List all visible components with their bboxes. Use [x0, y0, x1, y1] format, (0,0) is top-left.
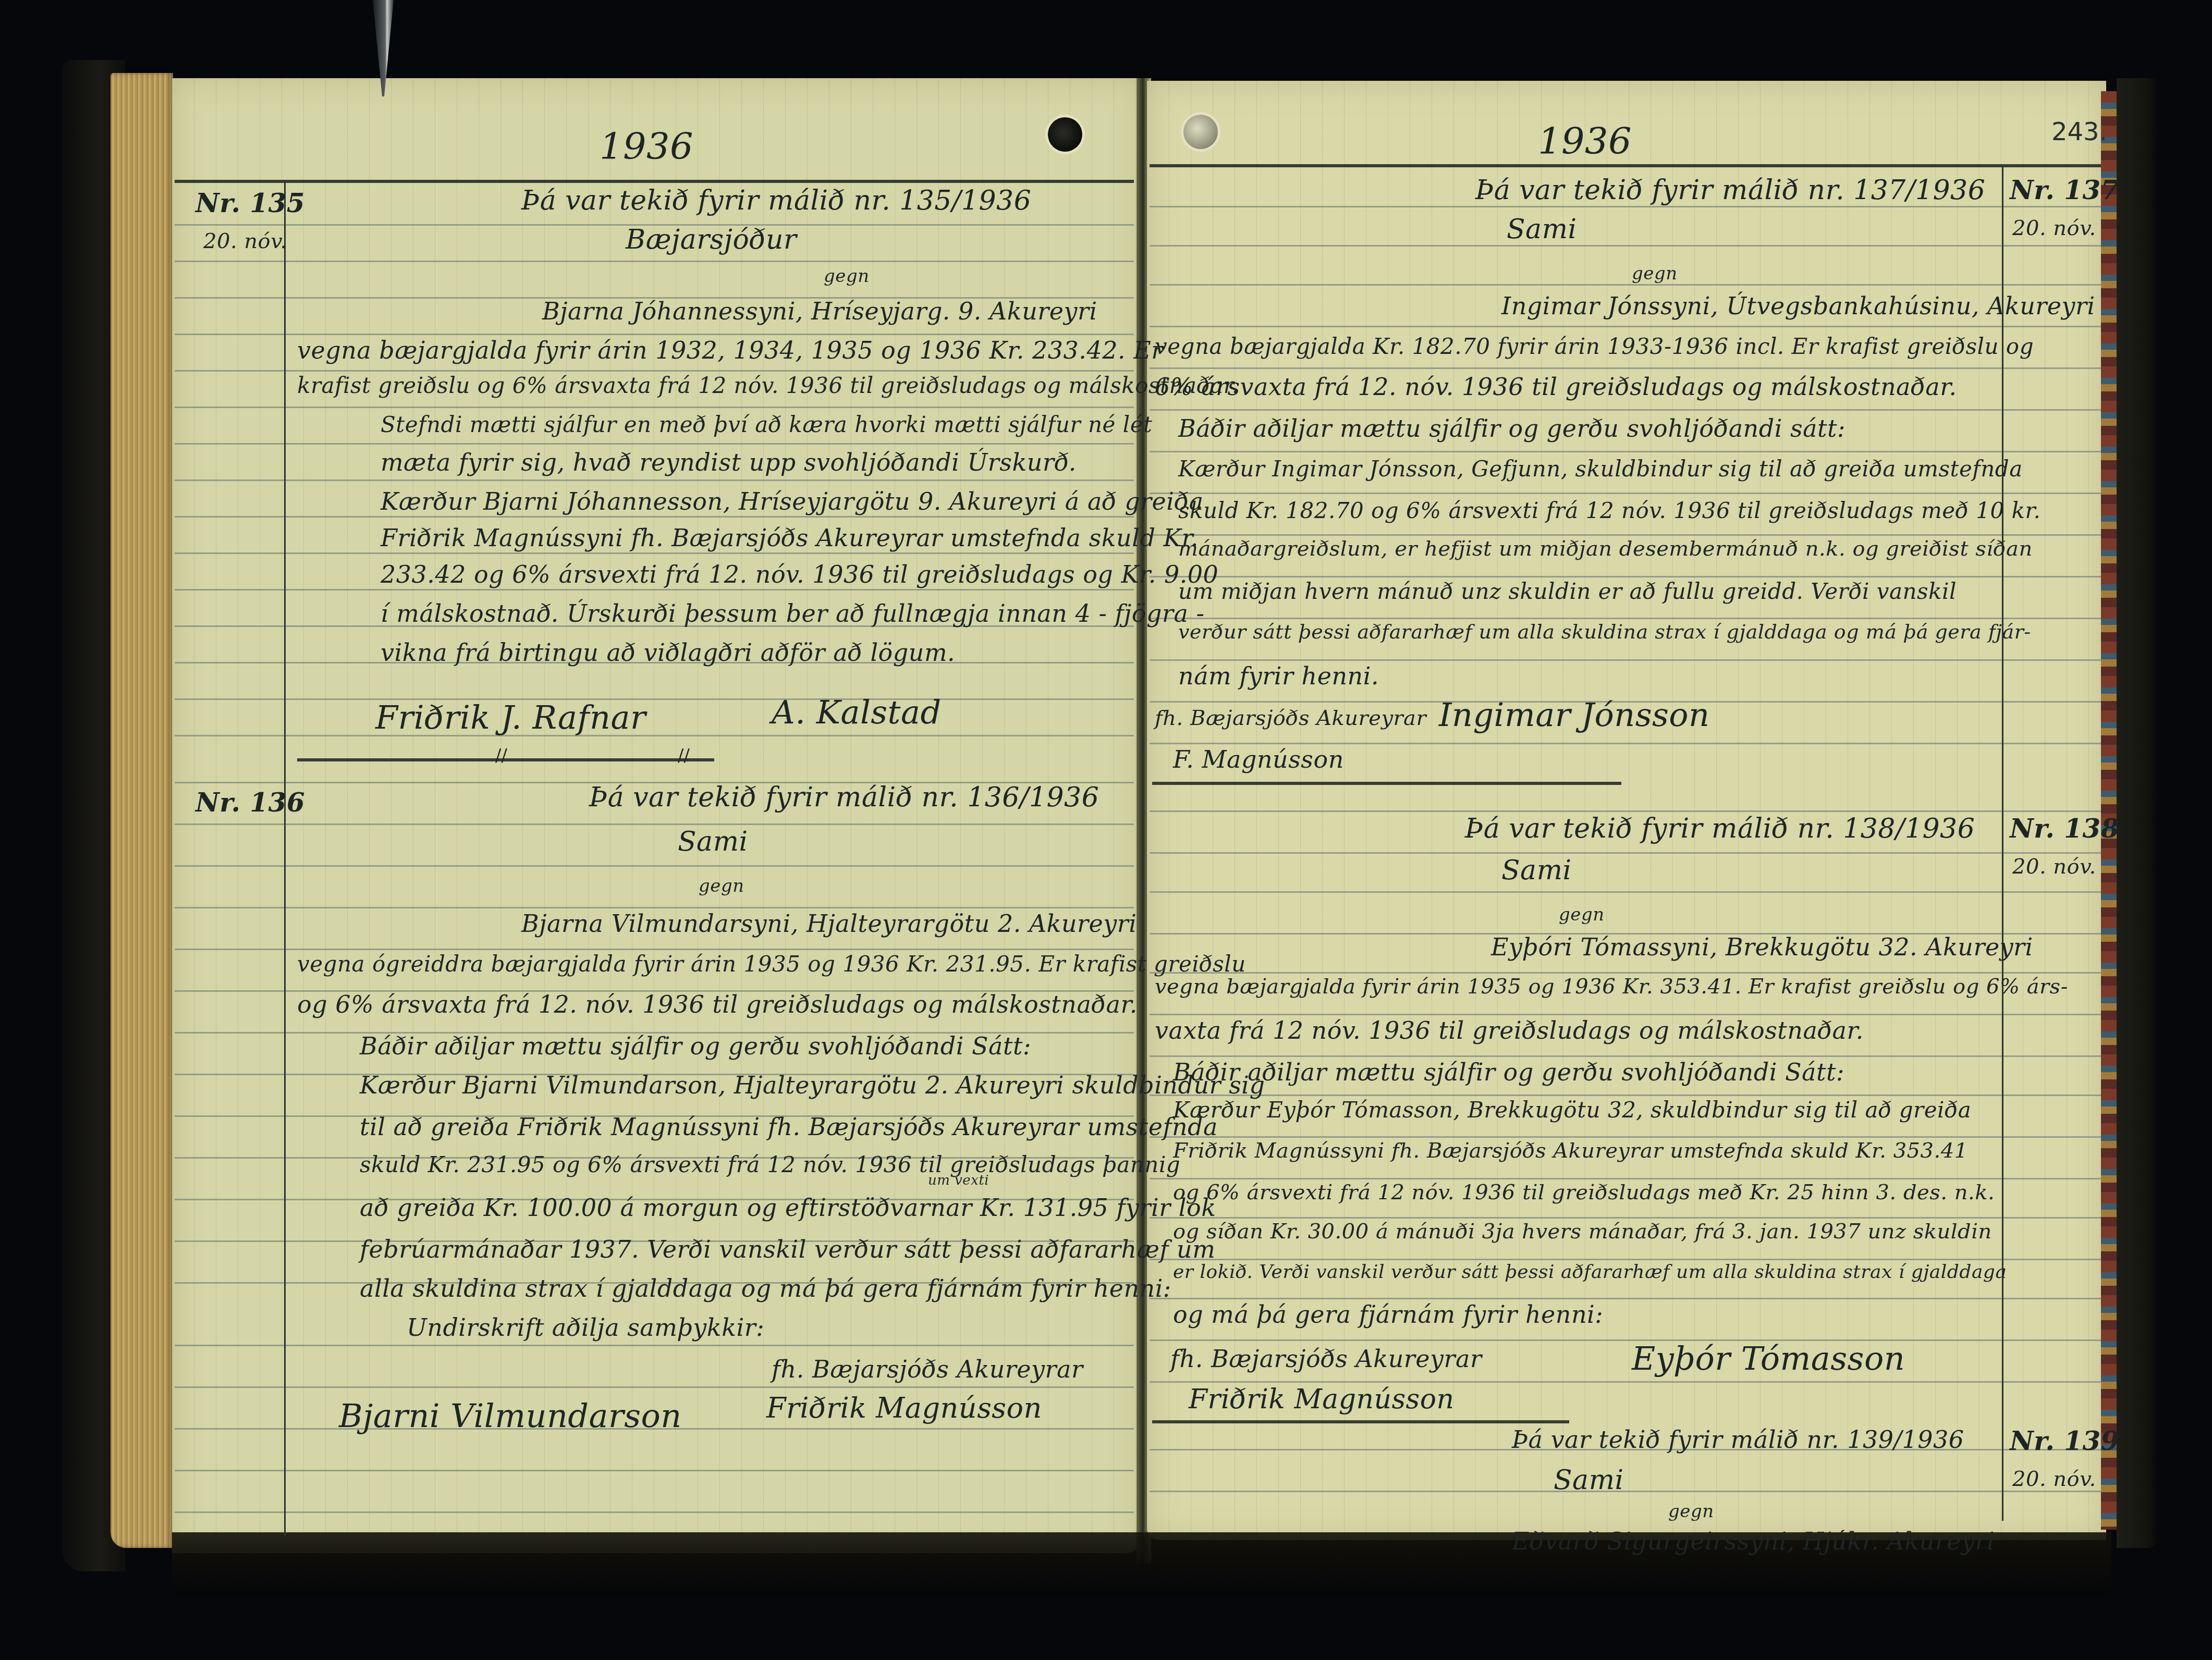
plaintiff: Sami — [1507, 214, 1577, 245]
signature: Friðrik Magnússon — [1189, 1384, 1455, 1415]
entry-date: 20. nóv. — [2012, 216, 2096, 240]
signature: Friðrik Magnússon — [766, 1392, 1042, 1424]
defendant-line: Eyþóri Tómassyni, Brekkugötu 32. Akureyr… — [1491, 933, 2033, 961]
body-line: 6% ársvaxta frá 12. nóv. 1936 til greiðs… — [1155, 373, 1957, 401]
header-rule-right — [1150, 164, 2101, 167]
defendant-line: Bjarna Jóhannessyni, Hríseyjarg. 9. Akur… — [542, 297, 1097, 325]
ruled-line — [1150, 1298, 2101, 1299]
body-line: vegna bæjargjalda Kr. 182.70 fyrir árin … — [1155, 334, 2034, 359]
plaintiff: Sami — [1501, 855, 1572, 886]
body-line: um miðjan hvern mánuð unz skuldin er að … — [1178, 579, 1957, 604]
body-line: Kærður Bjarni Vilmundarson, Hjalteyrargö… — [360, 1071, 1265, 1099]
ruled-line — [1150, 659, 2101, 661]
body-line: Kærður Bjarni Jóhannesson, Hríseyjargötu… — [381, 487, 1204, 515]
ruled-line — [175, 370, 1134, 372]
entry-separator — [1152, 1420, 1569, 1423]
body-line: vikna frá birtingu að viðlagðri aðför að… — [381, 638, 955, 667]
case-heading: Þá var tekið fyrir málið nr. 137/1936 — [1475, 175, 1985, 206]
body-line: nám fyrir henni. — [1178, 662, 1379, 690]
entry-number: Nr. 138 — [2010, 813, 2119, 844]
page-edge-stack — [111, 73, 173, 1548]
ruled-line — [1150, 1014, 2101, 1015]
body-line: skuld Kr. 182.70 og 6% ársvexti frá 12 n… — [1178, 498, 2040, 523]
against-label: gegn — [1559, 904, 1605, 925]
body-line: er lokið. Verði vanskil verður sátt þess… — [1173, 1261, 2007, 1283]
year-header: 1936 — [600, 125, 693, 168]
body-line: í málskostnað. Úrskurði þessum ber að fu… — [381, 599, 1205, 628]
ruled-line — [1150, 576, 2101, 577]
interlinear-note: um vexti — [928, 1173, 989, 1188]
ruled-line — [1150, 1178, 2101, 1179]
ruled-line — [175, 735, 1134, 736]
signature-title: fh. Bæjarsjóðs Akureyrar — [1170, 1345, 1482, 1373]
ruled-line — [175, 1470, 1134, 1471]
ruled-line — [1150, 367, 2101, 369]
defendant-line: Ingimar Jónssyni, Útvegsbankahúsinu, Aku… — [1501, 292, 2095, 320]
entry-separator — [1152, 782, 1621, 785]
ruled-line — [1150, 1217, 2101, 1219]
entry-date: 20. nóv. — [2012, 855, 2096, 879]
body-line: Kærður Eyþór Tómasson, Brekkugötu 32, sk… — [1173, 1097, 1971, 1123]
ruled-line — [175, 823, 1134, 825]
ruled-line — [175, 443, 1134, 445]
signature-title: fh. Bæjarsjóðs Akureyrar — [1155, 706, 1426, 730]
entry-number: Nr. 135 — [195, 188, 305, 218]
against-label: gegn — [824, 266, 870, 287]
punch-hole-right — [1183, 115, 1218, 149]
year-header: 1936 — [1538, 120, 1632, 163]
body-line: til að greiða Friðrik Magnússyni fh. Bæj… — [360, 1113, 1218, 1141]
ruled-line — [1150, 1136, 2101, 1138]
page-number: 243. — [2051, 117, 2107, 146]
body-line: Báðir aðiljar mættu sjálfir og gerðu svo… — [1173, 1058, 1844, 1086]
defendant-line: Bjarna Vilmundarsyni, Hjalteyrargötu 2. … — [521, 909, 1137, 938]
ruled-line — [175, 1386, 1134, 1388]
body-line: Kærður Ingimar Jónsson, Gefjunn, skuldbi… — [1178, 456, 2023, 482]
ruled-line — [175, 261, 1134, 262]
body-line: Undirskrift aðilja samþykkir: — [407, 1313, 764, 1342]
body-line: krafist greiðslu og 6% ársvaxta frá 12 n… — [297, 373, 1239, 398]
ruled-line — [1150, 810, 2101, 812]
margin-column-divider-left — [284, 181, 286, 1536]
ruled-line — [1150, 245, 2101, 247]
signature: Ingimar Jónsson — [1439, 696, 1710, 734]
ruled-line — [175, 552, 1134, 554]
body-line: að greiða Kr. 100.00 á morgun og eftirst… — [360, 1194, 1216, 1222]
ruled-line — [175, 1511, 1134, 1513]
signature: Eyþór Tómasson — [1632, 1339, 1905, 1378]
body-line: og síðan Kr. 30.00 á mánuði 3ja hvers má… — [1173, 1220, 1992, 1244]
ruled-line — [1150, 206, 2101, 207]
case-heading: Þá var tekið fyrir málið nr. 138/1936 — [1465, 813, 1975, 844]
ruled-line — [175, 334, 1134, 335]
body-line: vaxta frá 12 nóv. 1936 til greiðsludags … — [1155, 1016, 1864, 1044]
ruled-line — [1150, 743, 2101, 744]
ruled-line — [1150, 852, 2101, 854]
ruled-line — [175, 589, 1134, 591]
against-label: gegn — [1632, 263, 1678, 284]
body-line: mæta fyrir sig, hvað reyndist upp svohlj… — [381, 448, 1077, 476]
body-line: Friðrik Magnússyni fh. Bæjarsjóðs Akurey… — [1173, 1139, 1968, 1163]
ruled-line — [1150, 1491, 2101, 1492]
body-line: og 6% ársvexti frá 12 nóv. 1936 til grei… — [1173, 1181, 1995, 1204]
ruled-line — [1150, 1055, 2101, 1057]
entry-date: 20. nóv. — [203, 229, 287, 253]
against-label: gegn — [699, 876, 744, 896]
body-line: vegna bæjargjalda fyrir árin 1932, 1934,… — [297, 336, 1163, 364]
ruled-line — [1150, 618, 2101, 619]
body-line: Stefndi mætti sjálfur en með því að kæra… — [381, 412, 1152, 437]
signature: F. Magnússon — [1173, 745, 1344, 773]
ruled-line — [175, 949, 1134, 950]
body-line: verður sátt þessi aðfararhæf um alla sku… — [1178, 620, 2031, 643]
ruled-line — [1150, 972, 2101, 974]
ruled-line — [1150, 1259, 2101, 1260]
ruled-line — [175, 1345, 1134, 1346]
signature-title: fh. Bæjarsjóðs Akureyrar — [772, 1355, 1083, 1383]
ruled-line — [1150, 1095, 2101, 1096]
separator-mark: // — [678, 745, 690, 766]
signature: Bjarni Vilmundarson — [339, 1397, 682, 1435]
case-heading: Þá var tekið fyrir málið nr. 136/1936 — [589, 782, 1099, 813]
body-line: mánaðargreiðslum, er hefjist um miðjan d… — [1178, 537, 2033, 561]
case-heading: Þá var tekið fyrir málið nr. 135/1936 — [521, 185, 1031, 216]
body-line: Báðir aðiljar mættu sjálfir og gerðu svo… — [1178, 414, 1846, 442]
body-line: Friðrik Magnússyni fh. Bæjarsjóðs Akurey… — [381, 524, 1199, 552]
body-line: og má þá gera fjárnám fyrir henni: — [1173, 1300, 1603, 1329]
ruled-line — [175, 907, 1134, 908]
body-line: febrúarmánaðar 1937. Verði vanskil verðu… — [360, 1235, 1215, 1263]
ruled-line — [175, 516, 1134, 518]
ruled-line — [1150, 1381, 2101, 1383]
plaintiff: Bæjarsjóður — [626, 224, 797, 255]
punch-hole-left — [1048, 117, 1082, 152]
defendant-line: Eðvarð Sigurgeirssyni, Hjúkr. Akureyri — [1512, 1527, 1995, 1555]
against-label: gegn — [1668, 1501, 1714, 1522]
ruled-line — [175, 479, 1134, 481]
entry-number: Nr. 137 — [2010, 175, 2119, 205]
ruled-line — [1150, 493, 2101, 494]
ruled-line — [1150, 409, 2101, 411]
entry-date: 20. nóv. — [2012, 1467, 2096, 1491]
body-line: skuld Kr. 231.95 og 6% ársvexti frá 12 n… — [360, 1152, 1180, 1177]
ruled-line — [175, 865, 1134, 867]
ruled-line — [1150, 891, 2101, 893]
body-line: 233.42 og 6% ársvexti frá 12. nóv. 1936 … — [381, 560, 1218, 588]
marbled-page-edge — [2101, 91, 2117, 1530]
body-line: vegna bæjargjalda fyrir árin 1935 og 193… — [1155, 975, 2068, 999]
body-line: vegna ógreiddra bæjargjalda fyrir árin 1… — [297, 951, 1246, 977]
entry-number: Nr. 139 — [2010, 1425, 2119, 1456]
case-heading: Þá var tekið fyrir málið nr. 139/1936 — [1512, 1425, 1964, 1454]
body-line: og 6% ársvaxta frá 12. nóv. 1936 til gre… — [297, 990, 1138, 1018]
body-line: Báðir aðiljar mættu sjálfir og gerðu svo… — [360, 1032, 1031, 1060]
ruled-line — [175, 698, 1134, 700]
plaintiff: Sami — [1554, 1465, 1624, 1496]
plaintiff: Sami — [678, 826, 748, 857]
separator-mark: // — [495, 745, 507, 766]
signature: A. Kalstad — [772, 693, 942, 731]
ruled-line — [175, 407, 1134, 408]
entry-number: Nr. 136 — [195, 787, 305, 818]
ruled-line — [1150, 1339, 2101, 1341]
body-line: alla skuldina strax í gjalddaga og má þá… — [360, 1274, 1171, 1302]
ruled-line — [1150, 534, 2101, 536]
ruled-line — [1150, 284, 2101, 286]
book-cover-right — [2117, 78, 2158, 1548]
ruled-line — [1150, 326, 2101, 327]
header-rule-left — [175, 180, 1134, 183]
ruled-line — [1150, 451, 2101, 452]
signature: Friðrik J. Rafnar — [375, 698, 646, 736]
margin-column-divider-right — [2002, 166, 2003, 1521]
